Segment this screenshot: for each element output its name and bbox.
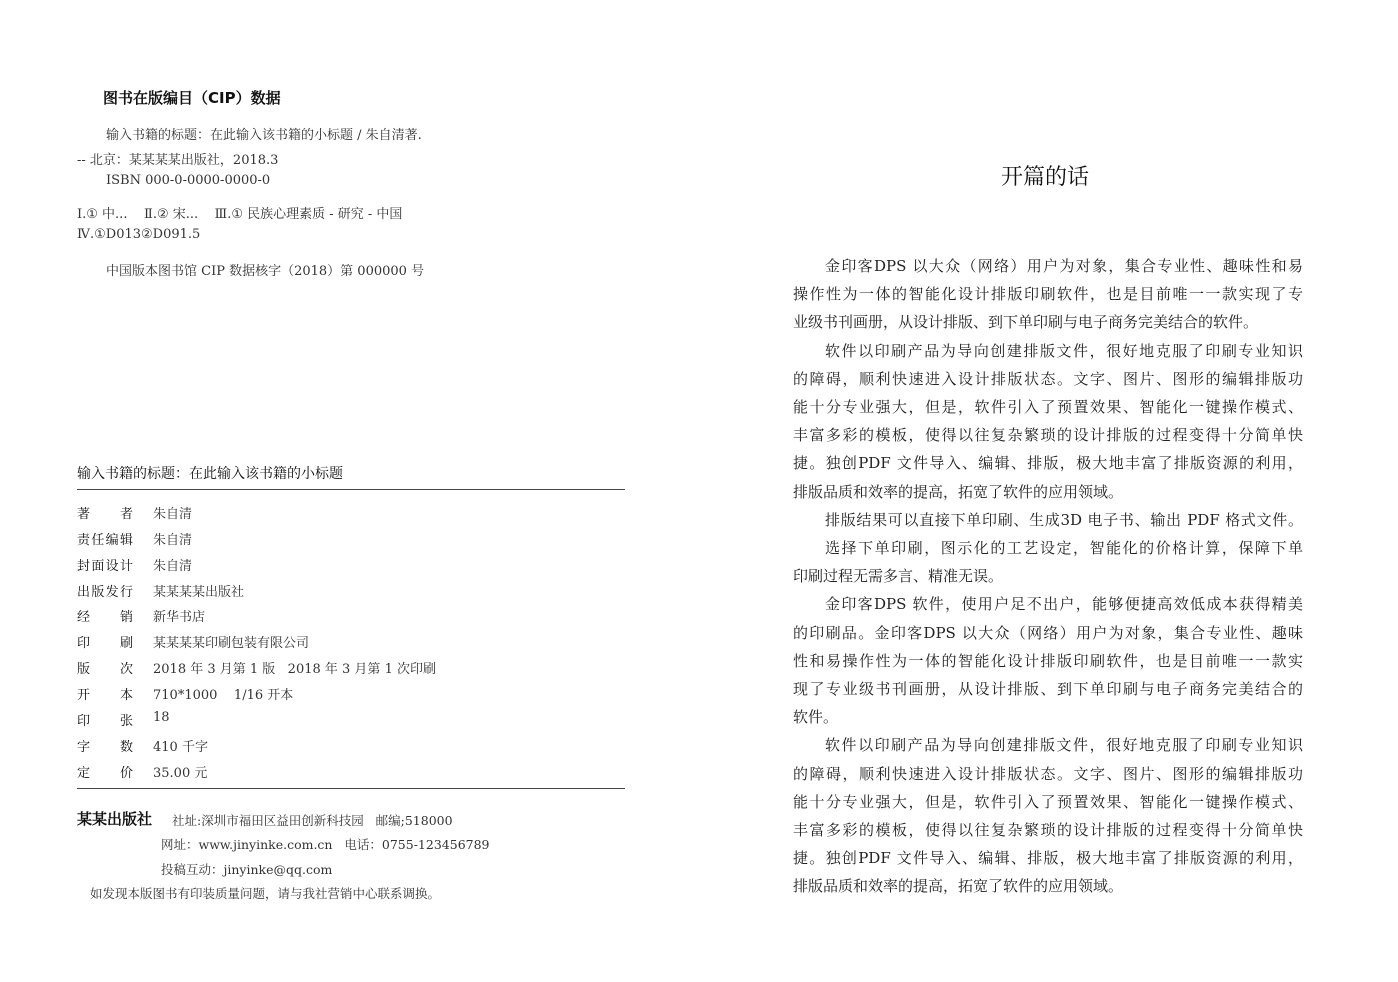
imprint-row-value: 朱自清 [153, 529, 192, 548]
imprint-row-label: 版次 [77, 658, 133, 677]
preface-text-line: 能十分专业强大，但是，软件引入了预置效果、智能化一键操作模式、 [793, 393, 1303, 421]
imprint-row-value: 2018 年 3 月第 1 版 2018 年 3 月第 1 次印刷 [153, 658, 436, 677]
imprint-label-char: 设 [106, 555, 119, 574]
imprint-label-char: 计 [120, 555, 133, 574]
preface-title: 开篇的话 [0, 160, 1398, 191]
imprint-label-char: 次 [120, 658, 133, 677]
imprint-label-char: 张 [120, 710, 133, 729]
imprint-label-char: 开 [77, 684, 90, 703]
imprint-label-char: 辑 [120, 529, 133, 548]
preface-text-line: 金印客DPS 以大众（网络）用户为对象，集合专业性、趣味性和易 [793, 252, 1303, 280]
preface-text-line: 排版品质和效率的提高，拓宽了软件的应用领域。 [793, 872, 1303, 900]
imprint-row-label: 封面设计 [77, 555, 133, 574]
imprint-row-value: 某某某某印刷包装有限公司 [153, 632, 309, 651]
imprint-label-char: 印 [77, 632, 90, 651]
publisher-website-phone: 网址：www.jinyinke.com.cn 电话：0755-123456789 [161, 835, 490, 853]
imprint-label-char: 者 [120, 503, 133, 522]
preface-text-line: 的障碍，顺利快速进入设计排版状态。文字、图片、图形的编辑排版功 [793, 365, 1303, 393]
imprint-row-label: 著者 [77, 503, 133, 522]
imprint-label-char: 行 [120, 581, 133, 600]
imprint-label-char: 销 [120, 606, 133, 625]
imprint-label-char: 数 [120, 736, 133, 755]
preface-text-line: 丰富多彩的模板，使得以往复杂繁琐的设计排版的过程变得十分简单快 [793, 816, 1303, 844]
imprint-row-value: 某某某某出版社 [153, 581, 244, 600]
preface-text-line: 捷。独创PDF 文件导入、编辑、排版，极大地丰富了排版资源的利用， [793, 844, 1303, 872]
cip-title: 图书在版编目（CIP）数据 [103, 87, 281, 108]
imprint-label-char: 字 [77, 736, 90, 755]
imprint-row-label: 字数 [77, 736, 133, 755]
imprint-row-label: 印张 [77, 710, 133, 729]
imprint-row-label: 责任编辑 [77, 529, 133, 548]
imprint-label-char: 面 [91, 555, 104, 574]
preface-text-line: 操作性为一体的智能化设计排版印刷软件，也是目前唯一一款实现了专 [793, 280, 1303, 308]
preface-text-line: 能十分专业强大，但是，软件引入了预置效果、智能化一键操作模式、 [793, 788, 1303, 816]
imprint-label-char: 经 [77, 606, 90, 625]
preface-text-line: 的障碍，顺利快速进入设计排版状态。文字、图片、图形的编辑排版功 [793, 760, 1303, 788]
imprint-label-char: 印 [77, 710, 90, 729]
imprint-label-char: 出 [77, 581, 90, 600]
publisher-address: 社址:深圳市福田区益田创新科技园 邮编;518000 [172, 811, 453, 829]
quality-notice: 如发现本版图书有印装质量问题，请与我社营销中心联系调换。 [90, 884, 440, 902]
imprint-label-char: 本 [120, 684, 133, 703]
imprint-label-char: 封 [77, 555, 90, 574]
imprint-label-char: 刷 [120, 632, 133, 651]
publisher-submission-email: 投稿互动：jinyinke@qq.com [161, 860, 332, 878]
imprint-row-value: 朱自清 [153, 555, 192, 574]
preface-text-line: 丰富多彩的模板，使得以往复杂繁琐的设计排版的过程变得十分简单快 [793, 421, 1303, 449]
imprint-row-value: 18 [153, 710, 170, 725]
preface-text-line: 印刷过程无需多言、精准无误。 [793, 562, 1303, 590]
imprint-label-char: 责 [77, 529, 90, 548]
cip-line-title: 输入书籍的标题：在此输入该书籍的小标题 / 朱自清著. [106, 124, 422, 143]
imprint-row-label: 印刷 [77, 632, 133, 651]
imprint-label-char: 价 [120, 762, 133, 781]
imprint-row-value: 新华书店 [153, 606, 205, 625]
imprint-label-char: 定 [77, 762, 90, 781]
imprint-row-label: 经销 [77, 606, 133, 625]
preface-text-line: 软件。 [793, 703, 1303, 731]
preface-text-line: 的印刷品。金印客DPS 以大众（网络）用户为对象，集合专业性、趣味 [793, 619, 1303, 647]
publisher-name: 某某出版社 [77, 808, 152, 829]
imprint-row-value: 35.00 元 [153, 762, 207, 781]
preface-text-line: 捷。独创PDF 文件导入、编辑、排版，极大地丰富了排版资源的利用， [793, 449, 1303, 477]
preface-text-line: 现了专业级书刊画册，从设计排版、到下单印刷与电子商务完美结合的 [793, 675, 1303, 703]
preface-text-line: 排版结果可以直接下单印刷、生成3D 电子书、输出 PDF 格式文件。 [793, 506, 1303, 534]
cip-line-record-number: 中国版本图书馆 CIP 数据核字（2018）第 000000 号 [106, 260, 424, 279]
preface-text-line: 金印客DPS 软件，使用户足不出户，能够便捷高效低成本获得精美 [793, 590, 1303, 618]
imprint-row-value: 410 千字 [153, 736, 208, 755]
cip-line-class-numbers: Ⅳ.①D013②D091.5 [77, 227, 200, 242]
preface-text-line: 软件以印刷产品为导向创建排版文件，很好地克服了印刷专业知识 [793, 731, 1303, 759]
preface-text-line: 业级书刊画册，从设计排版、到下单印刷与电子商务完美结合的软件。 [793, 308, 1303, 336]
imprint-label-char: 编 [106, 529, 119, 548]
imprint-bottom-divider [77, 788, 625, 789]
imprint-label-char: 著 [77, 503, 90, 522]
imprint-label-char: 版 [77, 658, 90, 677]
imprint-title: 输入书籍的标题：在此输入该书籍的小标题 [77, 463, 343, 483]
imprint-label-char: 发 [106, 581, 119, 600]
cip-line-classification: Ⅰ.① 中... Ⅱ.② 宋... Ⅲ.① 民族心理素质 - 研究 - 中国 [77, 203, 402, 222]
imprint-row-label: 出版发行 [77, 581, 133, 600]
imprint-row-value: 朱自清 [153, 503, 192, 522]
preface-text-line: 软件以印刷产品为导向创建排版文件，很好地克服了印刷专业知识 [793, 337, 1303, 365]
imprint-top-divider [77, 489, 625, 490]
imprint-row-label: 开本 [77, 684, 133, 703]
imprint-label-char: 版 [91, 581, 104, 600]
imprint-row-value: 710*1000 1/16 开本 [153, 684, 293, 703]
preface-text-line: 性和易操作性为一体的智能化设计排版印刷软件，也是目前唯一一款实 [793, 647, 1303, 675]
imprint-row-label: 定价 [77, 762, 133, 781]
preface-text-line: 排版品质和效率的提高，拓宽了软件的应用领域。 [793, 478, 1303, 506]
imprint-label-char: 任 [91, 529, 104, 548]
preface-text-line: 选择下单印刷，图示化的工艺设定，智能化的价格计算，保障下单 [793, 534, 1303, 562]
